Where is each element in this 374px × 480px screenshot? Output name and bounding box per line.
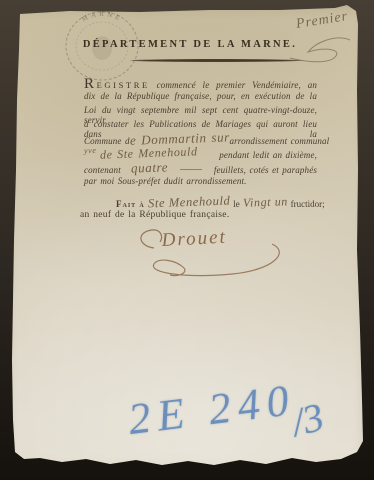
le-label: le	[233, 199, 240, 209]
archival-cote-suffix: /3	[287, 393, 329, 446]
pendant-label: pendant ledit an dixième,	[219, 150, 317, 160]
title-divider-rule	[130, 59, 302, 62]
archival-cote-mark: 2E 240	[126, 374, 299, 445]
handwritten-note: Premier	[295, 9, 349, 33]
body-line-1-text: commencé le premier Vendémiaire, an	[157, 80, 317, 90]
svg-text:MARNE: MARNE	[80, 10, 124, 24]
handwritten-place: Ste Menehould	[148, 194, 231, 212]
handwritten-feuillet-count: quatre	[131, 159, 169, 176]
handwritten-date: Vingt un	[242, 194, 287, 211]
document-scan: MARNE Premier DÉPARTEMENT DE LA MARNE. R…	[0, 0, 374, 480]
department-title: DÉPARTEMENT DE LA MARNE.	[20, 39, 360, 50]
paper-sheet: MARNE Premier DÉPARTEMENT DE LA MARNE. R…	[0, 0, 374, 480]
feuillets-label: feuillets, cotés et paraphés	[214, 165, 317, 175]
handwritten-arrondissement: yve de Ste Menehould	[84, 147, 197, 162]
commune-label: Commune d	[84, 136, 130, 146]
body-line-7: contenant quatre feuillets, cotés et par…	[84, 161, 317, 177]
signature-name: Drouet	[160, 227, 227, 251]
body-line-8: par moi Sous-préfet dudit arrondissement…	[84, 176, 317, 186]
fait-label: Fait à	[116, 199, 145, 209]
handwritten-commune-suffix: yve	[84, 145, 97, 154]
body-line-2: dix de la République française, pour, en…	[84, 91, 317, 101]
closing-line: Fait à Ste Menehould le Vingt un fructid…	[116, 196, 326, 211]
signature-drouet: Drouet	[120, 218, 300, 284]
arrondissement-label: arrondissement communal	[229, 136, 329, 146]
body-line-6: yve de Ste Menehould pendant ledit an di…	[84, 147, 317, 162]
month-label: fructidor;	[291, 199, 325, 209]
contenant-label: contenant	[84, 165, 121, 175]
blank-filler-line	[180, 168, 202, 170]
stamp-label: MARNE	[80, 10, 124, 24]
